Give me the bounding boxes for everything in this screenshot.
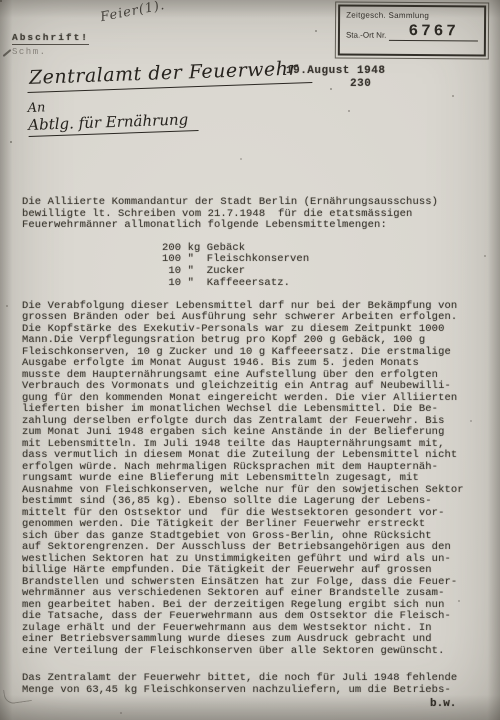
- journal-number: 230: [350, 78, 385, 91]
- stamp-collection-label: Zeitgesch. Sammlung: [346, 11, 478, 21]
- archive-stamp: Zeitgesch. Sammlung Sta.-Ort Nr. 6767: [338, 4, 486, 56]
- document-date: 19.August 1948: [286, 65, 385, 78]
- left-edge-pen-mark: [3, 49, 12, 57]
- paragraph-allocation: Die Alliierte Kommandantur der Stadt Ber…: [22, 197, 488, 232]
- document-page: Feier(1). Abschrift! Schm. Zeitgesch. Sa…: [0, 0, 500, 720]
- handwritten-scribble: Feier(1).: [99, 0, 166, 25]
- ration-list: 200 kg Gebäck 100 " Fleischkonserven 10 …: [162, 243, 488, 290]
- paragraph-request: Das Zentralamt der Feuerwehr bittet, die…: [22, 673, 488, 696]
- handwritten-recipient: An Abtlg. für Ernährung: [27, 96, 198, 137]
- copy-label: Abschrift!: [12, 33, 89, 45]
- date-block: 19.August 1948 230: [286, 65, 385, 91]
- stamp-number-row: Sta.-Ort Nr. 6767: [346, 22, 478, 42]
- typist-initials: Schm.: [12, 47, 47, 57]
- paragraph-main: Die Verabfolgung dieser Lebensmittel dar…: [22, 301, 488, 658]
- stamp-number: 6767: [408, 22, 459, 40]
- stamp-number-line: 6767: [389, 22, 478, 42]
- scan-specks: [0, 0, 2, 2]
- recipient-department: Abtlg. für Ernährung: [28, 110, 199, 137]
- letter-body: Die Alliierte Kommandantur der Stadt Ber…: [22, 197, 488, 696]
- stamp-number-label: Sta.-Ort Nr.: [346, 31, 387, 41]
- handwritten-sender-heading: Zentralamt der Feuerwehr: [27, 57, 313, 93]
- bottom-left-pencil-mark: [3, 686, 32, 705]
- page-turn-note: b.w.: [430, 698, 456, 710]
